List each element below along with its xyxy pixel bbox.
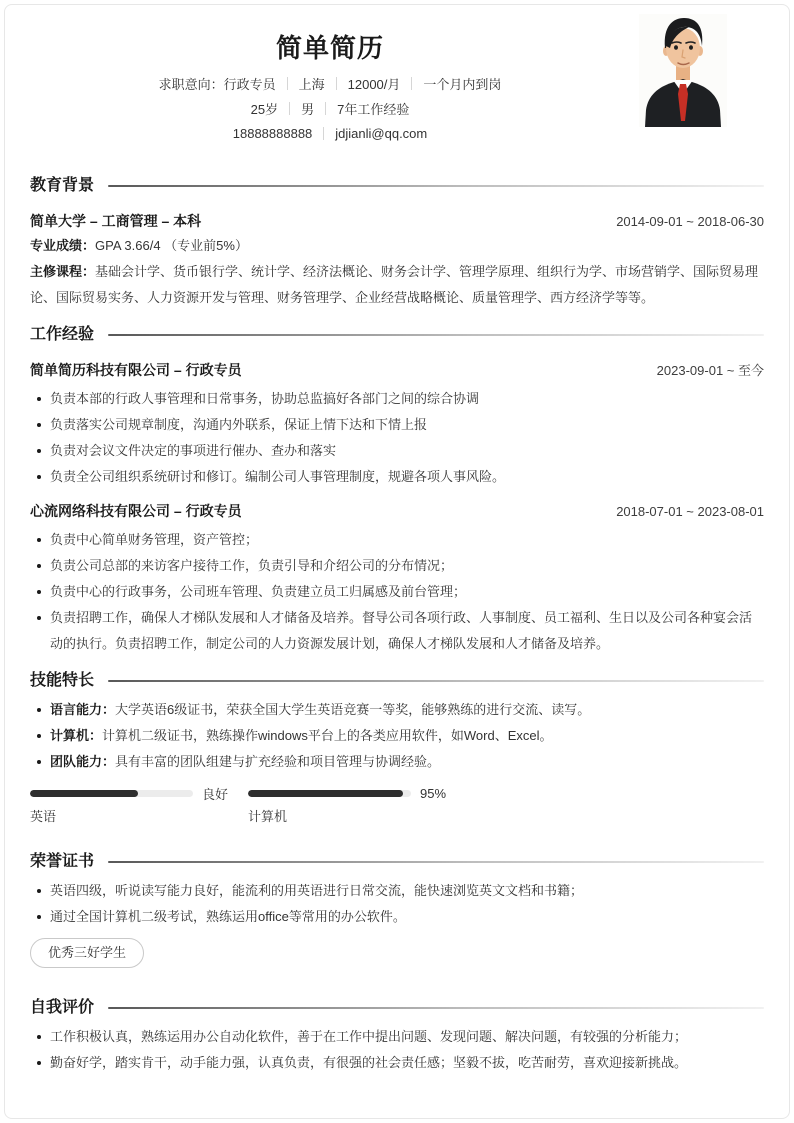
target-city: 上海 — [299, 74, 325, 93]
resume-title: 简单简历 — [30, 34, 630, 63]
availability: 一个月内到岗 — [423, 74, 501, 93]
section-title-self-evaluation: 自我评价 — [30, 998, 94, 1018]
divider — [323, 127, 324, 140]
progress-value: 良好 — [202, 784, 228, 803]
section-header: 教育背景 — [30, 176, 764, 196]
resume-page: 简单简历 求职意向：行政专员 上海 12000/月 一个月内到岗 25岁 男 7… — [0, 0, 794, 1123]
job-intent-label: 求职意向： — [159, 77, 224, 92]
section-title-work: 工作经验 — [30, 325, 94, 345]
list-item: 负责对会议文件决定的事项进行催办、查办和落实 — [30, 438, 764, 464]
gpa-label: 专业成绩： — [30, 238, 95, 253]
profile-photo — [639, 14, 727, 127]
section-honors: 荣誉证书 英语四级，听说读写能力良好，能流利的用英语进行日常交流，能快速浏览英文… — [30, 852, 764, 968]
skill-label: 语言能力： — [50, 702, 115, 717]
progress-value: 95% — [420, 786, 446, 801]
divider — [336, 77, 337, 90]
skill-bar-computer: 95% 计算机 — [248, 787, 466, 826]
list-item: 计算机：计算机二级证书，熟练操作windows平台上的各类应用软件，如Word、… — [30, 723, 764, 749]
education-dates: 2014-09-01 ~ 2018-06-30 — [616, 211, 764, 233]
job-duties-list: 负责本部的行政人事管理和日常事务，协助总监搞好各部门之间的综合协调 负责落实公司… — [30, 386, 764, 490]
list-item: 负责公司总部的来访客户接待工作，负责引导和介绍公司的分布情况； — [30, 553, 764, 579]
list-item: 英语四级，听说读写能力良好，能流利的用英语进行日常交流，能快速浏览英文文档和书籍… — [30, 878, 764, 904]
email-address: jdjianli@qq.com — [335, 126, 427, 141]
progress-track — [248, 790, 411, 797]
skill-text: 具有丰富的团队组建与扩充经验和项目管理与协调经验。 — [115, 754, 440, 769]
list-item: 语言能力：大学英语6级证书，荣获全国大学生英语竞赛一等奖，能够熟练的进行交流、读… — [30, 697, 764, 723]
job-dates: 2023-09-01 ~ 至今 — [657, 360, 764, 382]
honor-tag: 优秀三好学生 — [30, 938, 144, 968]
gpa-row: 专业成绩：GPA 3.66/4 （专业前5%） — [30, 233, 764, 259]
section-self-evaluation: 自我评价 工作积极认真，熟练运用办公自动化软件，善于在工作中提出问题、发现问题、… — [30, 998, 764, 1076]
courses-row: 主修课程：基础会计学、货币银行学、统计学、经济法概论、财务会计学、管理学原理、组… — [30, 259, 764, 311]
company-position: 简单简历科技有限公司 – 行政专员 — [30, 359, 242, 381]
section-skills: 技能特长 语言能力：大学英语6级证书，荣获全国大学生英语竞赛一等奖，能够熟练的进… — [30, 671, 764, 826]
list-item: 团队能力：具有丰富的团队组建与扩充经验和项目管理与协调经验。 — [30, 749, 764, 775]
contact-line-intent: 求职意向：行政专员 上海 12000/月 一个月内到岗 — [30, 71, 630, 96]
skill-label: 团队能力： — [50, 754, 115, 769]
skill-text: 计算机二级证书，熟练操作windows平台上的各类应用软件，如Word、Exce… — [102, 728, 552, 743]
section-rule — [108, 861, 764, 863]
section-title-education: 教育背景 — [30, 176, 94, 196]
section-rule — [108, 1007, 764, 1009]
experience-years: 7年工作经验 — [337, 99, 409, 118]
progress-label: 计算机 — [248, 808, 466, 826]
list-item: 通过全国计算机二级考试，熟练运用office等常用的办公软件。 — [30, 904, 764, 930]
progress-fill — [248, 790, 403, 797]
section-header: 荣誉证书 — [30, 852, 764, 872]
school-degree: 简单大学 – 工商管理 – 本科 — [30, 210, 201, 232]
expected-salary: 12000/月 — [348, 74, 401, 93]
company-position: 心流网络科技有限公司 – 行政专员 — [30, 500, 242, 522]
section-rule — [108, 334, 764, 336]
divider — [289, 102, 290, 115]
header-text-block: 简单简历 求职意向：行政专员 上海 12000/月 一个月内到岗 25岁 男 7… — [30, 34, 630, 146]
skill-label: 计算机： — [50, 728, 102, 743]
progress-fill — [30, 790, 138, 797]
skill-bars: 良好 英语 95% 计算机 — [30, 787, 764, 826]
section-rule — [108, 680, 764, 682]
section-rule — [108, 185, 764, 187]
skill-bar-english: 良好 英语 — [30, 787, 248, 826]
progress-track — [30, 790, 193, 797]
phone-number: 18888888888 — [233, 126, 313, 141]
skills-list: 语言能力：大学英语6级证书，荣获全国大学生英语竞赛一等奖，能够熟练的进行交流、读… — [30, 697, 764, 775]
list-item: 负责落实公司规章制度，沟通内外联系，保证上情下达和下情上报 — [30, 412, 764, 438]
resume-header: 简单简历 求职意向：行政专员 上海 12000/月 一个月内到岗 25岁 男 7… — [30, 34, 764, 146]
courses-label: 主修课程： — [30, 264, 95, 279]
section-work: 工作经验 简单简历科技有限公司 – 行政专员 2023-09-01 ~ 至今 负… — [30, 325, 764, 657]
section-title-skills: 技能特长 — [30, 671, 94, 691]
section-header: 技能特长 — [30, 671, 764, 691]
divider — [325, 102, 326, 115]
contact-line-basic: 25岁 男 7年工作经验 — [30, 96, 630, 121]
section-header: 工作经验 — [30, 325, 764, 345]
bar-row: 95% — [248, 787, 466, 800]
job-entry: 简单简历科技有限公司 – 行政专员 2023-09-01 ~ 至今 — [30, 359, 764, 382]
list-item: 负责招聘工作，确保人才梯队发展和人才储备及培养。督导公司各项行政、人事制度、员工… — [30, 605, 764, 657]
job-dates: 2018-07-01 ~ 2023-08-01 — [616, 501, 764, 523]
list-item: 负责中心的行政事务，公司班车管理、负责建立员工归属感及前台管理； — [30, 579, 764, 605]
job-entry: 心流网络科技有限公司 – 行政专员 2018-07-01 ~ 2023-08-0… — [30, 500, 764, 523]
divider — [411, 77, 412, 90]
list-item: 负责本部的行政人事管理和日常事务，协助总监搞好各部门之间的综合协调 — [30, 386, 764, 412]
section-title-honors: 荣誉证书 — [30, 852, 94, 872]
portrait-illustration — [639, 14, 727, 127]
list-item: 负责全公司组织系统研讨和修订。编制公司人事管理制度，规避各项人事风险。 — [30, 464, 764, 490]
self-evaluation-list: 工作积极认真，熟练运用办公自动化软件，善于在工作中提出问题、发现问题、解决问题，… — [30, 1024, 764, 1076]
section-education: 教育背景 简单大学 – 工商管理 – 本科 2014-09-01 ~ 2018-… — [30, 176, 764, 311]
age: 25岁 — [251, 99, 278, 118]
bar-row: 良好 — [30, 787, 248, 800]
list-item: 工作积极认真，熟练运用办公自动化软件，善于在工作中提出问题、发现问题、解决问题，… — [30, 1024, 764, 1050]
skill-text: 大学英语6级证书，荣获全国大学生英语竞赛一等奖，能够熟练的进行交流、读写。 — [115, 702, 590, 717]
divider — [287, 77, 288, 90]
list-item: 勤奋好学，踏实肯干，动手能力强，认真负责，有很强的社会责任感；坚毅不拔，吃苦耐劳… — [30, 1050, 764, 1076]
honors-list: 英语四级，听说读写能力良好，能流利的用英语进行日常交流，能快速浏览英文文档和书籍… — [30, 878, 764, 930]
progress-label: 英语 — [30, 808, 248, 826]
list-item: 负责中心简单财务管理，资产管控； — [30, 527, 764, 553]
courses-list: 基础会计学、货币银行学、统计学、经济法概论、财务会计学、管理学原理、组织行为学、… — [30, 264, 758, 305]
contact-line-reach: 18888888888 jdjianli@qq.com — [30, 121, 630, 146]
target-position: 行政专员 — [224, 77, 276, 92]
job-duties-list: 负责中心简单财务管理，资产管控； 负责公司总部的来访客户接待工作，负责引导和介绍… — [30, 527, 764, 657]
contact-info: 求职意向：行政专员 上海 12000/月 一个月内到岗 25岁 男 7年工作经验 — [30, 71, 630, 146]
job-intent: 求职意向：行政专员 — [159, 74, 276, 93]
education-entry: 简单大学 – 工商管理 – 本科 2014-09-01 ~ 2018-06-30 — [30, 210, 764, 233]
section-header: 自我评价 — [30, 998, 764, 1018]
gender: 男 — [301, 99, 314, 118]
gpa-value: GPA 3.66/4 （专业前5%） — [95, 238, 248, 253]
